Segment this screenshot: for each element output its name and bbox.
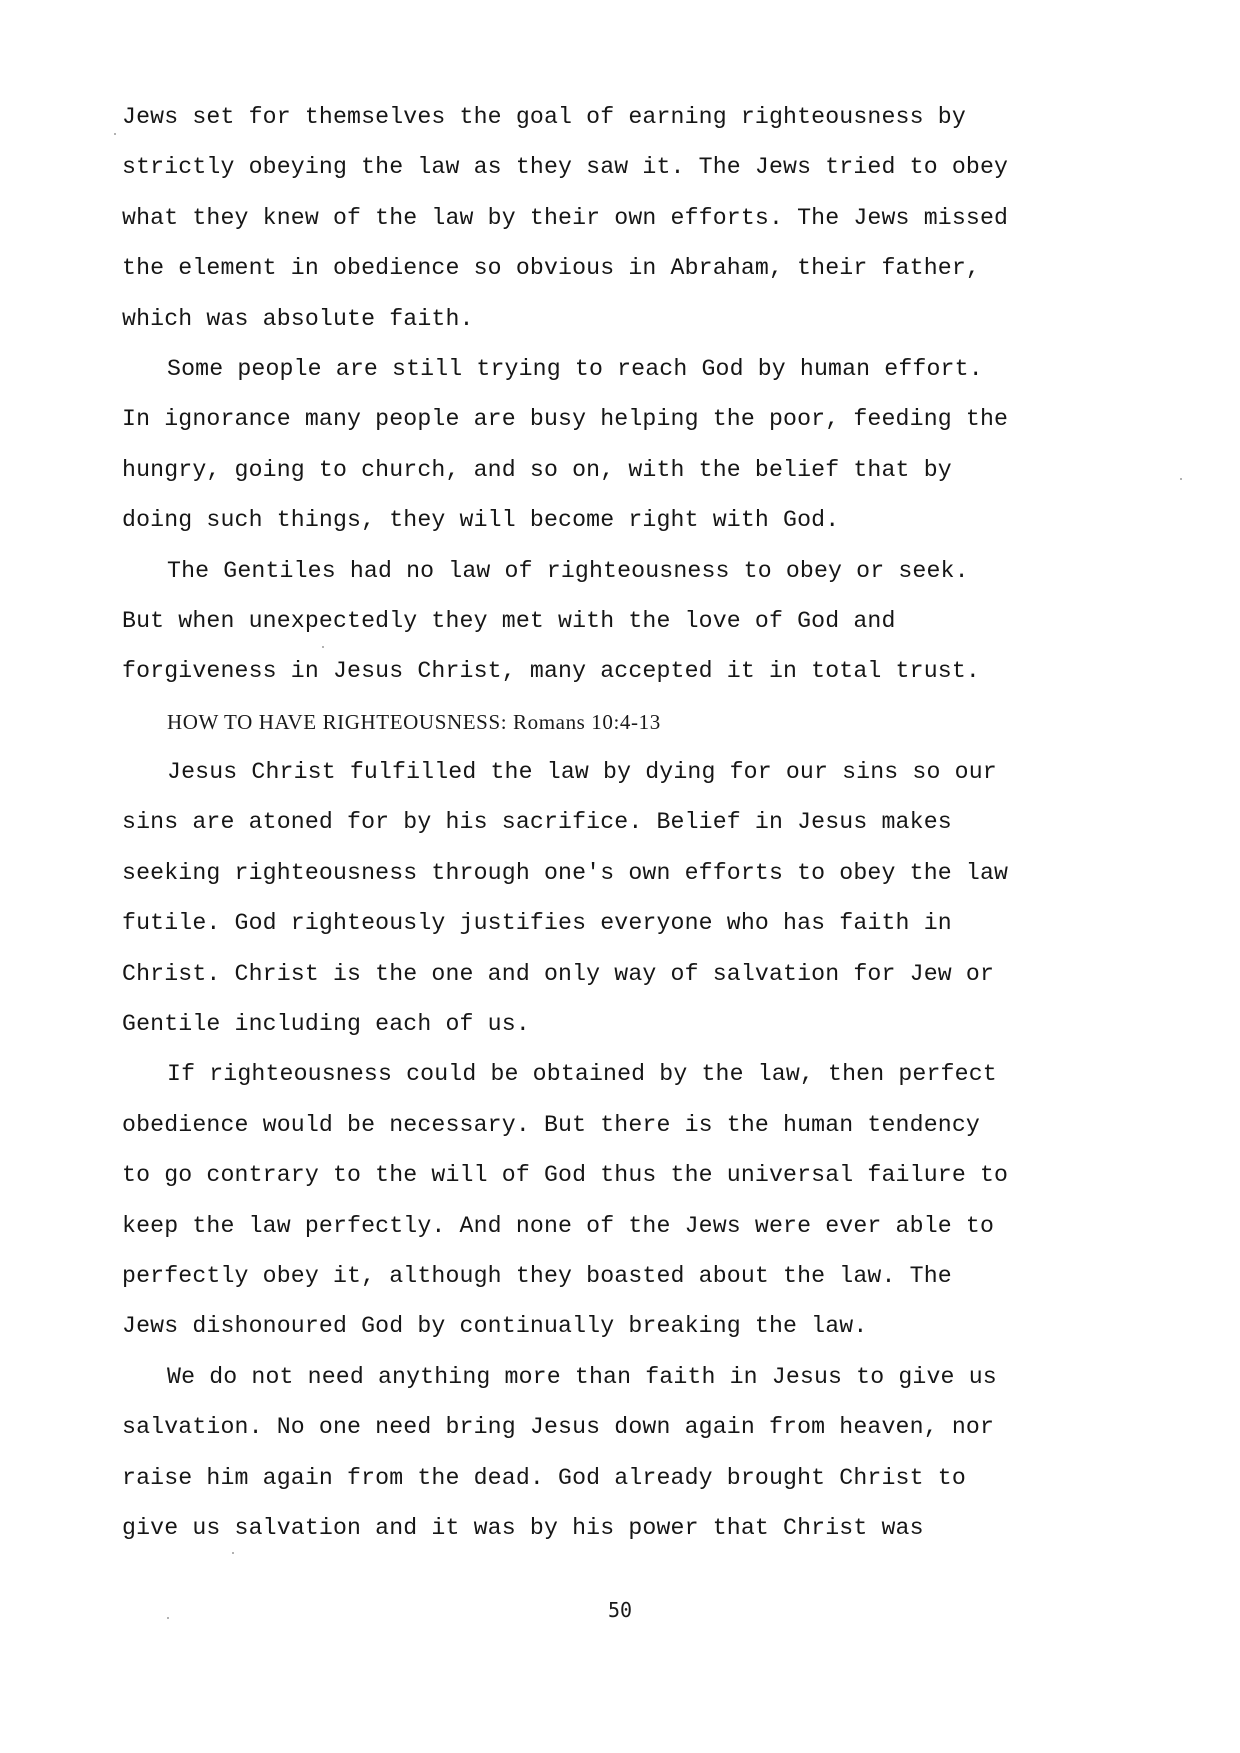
- text-line: Gentile including each of us.: [122, 999, 1082, 1049]
- text-line: The Gentiles had no law of righteousness…: [122, 546, 1082, 596]
- text-line: Christ. Christ is the one and only way o…: [122, 949, 1082, 999]
- text-line: But when unexpectedly they met with the …: [122, 596, 1082, 646]
- scan-speck: [1180, 478, 1182, 480]
- section-heading: HOW TO HAVE RIGHTEOUSNESS: Romans 10:4-1…: [122, 697, 1082, 747]
- text-line: doing such things, they will become righ…: [122, 495, 1082, 545]
- scan-speck: [167, 1617, 169, 1619]
- text-line: Jesus Christ fulfilled the law by dying …: [122, 747, 1082, 797]
- text-line: to go contrary to the will of God thus t…: [122, 1150, 1082, 1200]
- text-line: sins are atoned for by his sacrifice. Be…: [122, 797, 1082, 847]
- text-line: salvation. No one need bring Jesus down …: [122, 1402, 1082, 1452]
- text-line: Some people are still trying to reach Go…: [122, 344, 1082, 394]
- text-line: If righteousness could be obtained by th…: [122, 1049, 1082, 1099]
- text-line: which was absolute faith.: [122, 294, 1082, 344]
- scan-speck: [114, 133, 116, 135]
- text-line: hungry, going to church, and so on, with…: [122, 445, 1082, 495]
- document-page: Jews set for themselves the goal of earn…: [0, 0, 1240, 1753]
- text-line: raise him again from the dead. God alrea…: [122, 1453, 1082, 1503]
- text-line: seeking righteousness through one's own …: [122, 848, 1082, 898]
- text-line: keep the law perfectly. And none of the …: [122, 1201, 1082, 1251]
- text-line: futile. God righteously justifies everyo…: [122, 898, 1082, 948]
- text-line: Jews dishonoured God by continually brea…: [122, 1301, 1082, 1351]
- text-line: perfectly obey it, although they boasted…: [122, 1251, 1082, 1301]
- page-number: 50: [0, 1598, 1240, 1622]
- text-line: strictly obeying the law as they saw it.…: [122, 142, 1082, 192]
- text-line: give us salvation and it was by his powe…: [122, 1503, 1082, 1553]
- text-line: obedience would be necessary. But there …: [122, 1100, 1082, 1150]
- text-line: Jews set for themselves the goal of earn…: [122, 92, 1082, 142]
- scan-speck: [232, 1552, 234, 1554]
- text-line: the element in obedience so obvious in A…: [122, 243, 1082, 293]
- scan-speck: [322, 646, 324, 648]
- text-line: forgiveness in Jesus Christ, many accept…: [122, 646, 1082, 696]
- text-line: We do not need anything more than faith …: [122, 1352, 1082, 1402]
- text-line: what they knew of the law by their own e…: [122, 193, 1082, 243]
- body-text: Jews set for themselves the goal of earn…: [122, 92, 1082, 1553]
- text-line: In ignorance many people are busy helpin…: [122, 394, 1082, 444]
